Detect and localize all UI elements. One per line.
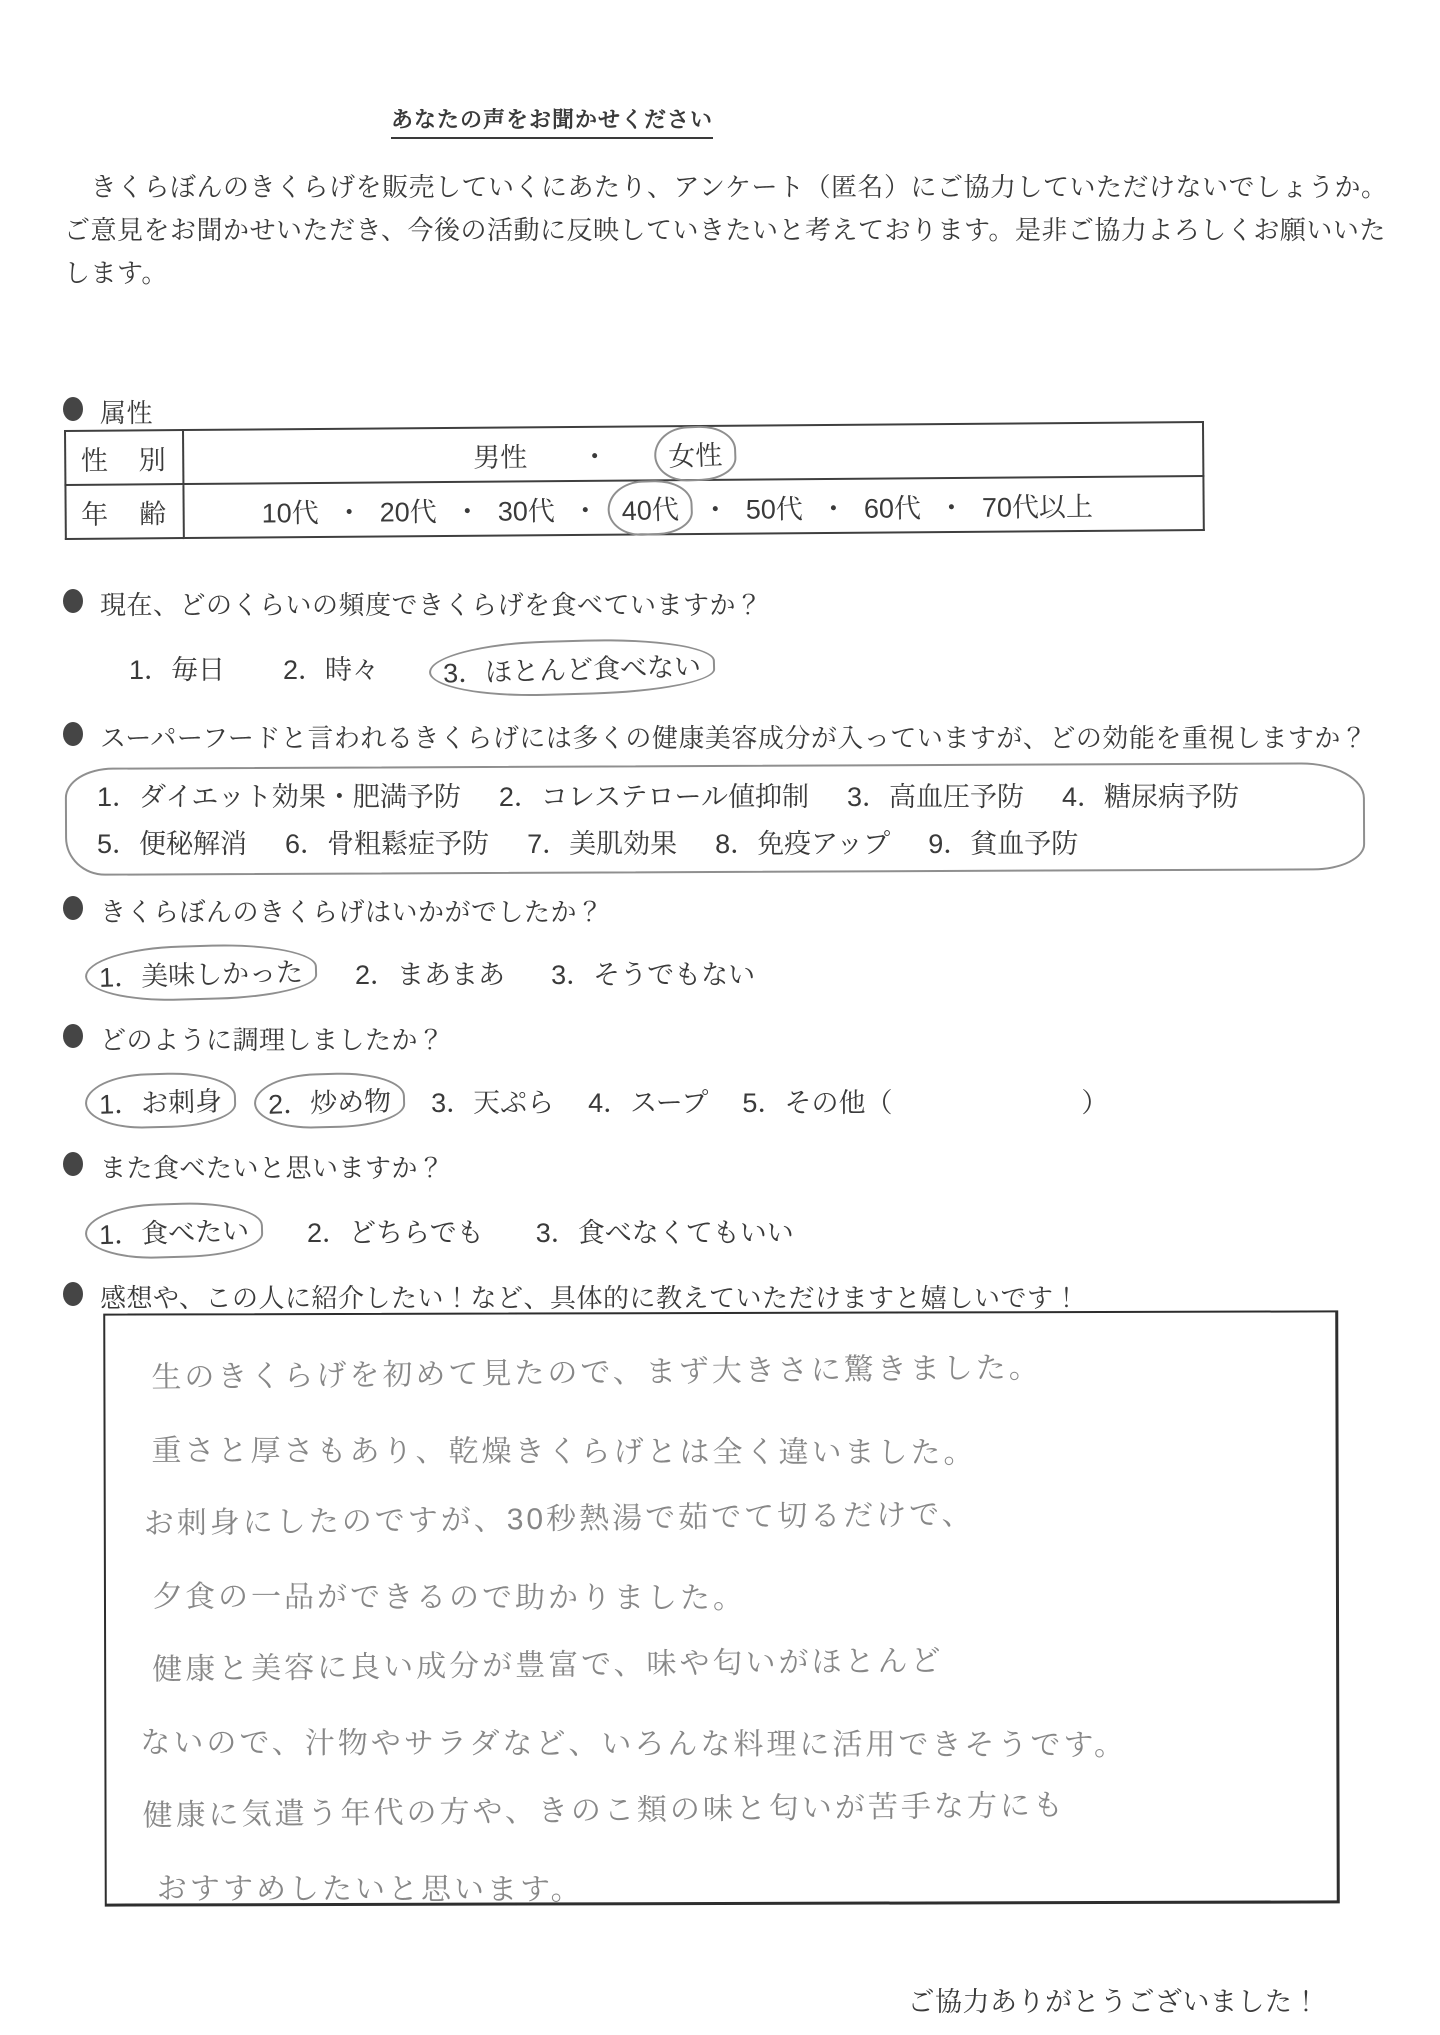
comment-prompt-text: 感想や、この人に紹介したい！など、具体的に教えていただけますと嬉しいです！ (100, 1278, 1080, 1315)
age-options: 10代 ・ 20代 ・ 30代 ・ 40代 ・ 50代 ・ 60代 ・ 70代以… (185, 484, 1201, 531)
separator-dot: ・ (702, 487, 729, 526)
health-options-row-1: 1．ダイエット効果・肥満予防 2．コレステロール値抑制 3．高血圧予防 4．糖尿… (69, 773, 1363, 820)
option-want-to-eat-circled: 1．食べたい (84, 1201, 263, 1261)
option-no-need: 3．食べなくてもいい (536, 1211, 794, 1250)
question-eat-again: また食べたいと思いますか？ 1．食べたい 2．どちらでも 3．食べなくてもいい (63, 1148, 794, 1250)
survey-page: あなたの声をお聞かせください きくらぼんのきくらげを販売していくにあたり、アンケ… (0, 0, 1440, 2035)
intro-line: きくらぼんのきくらげを販売していくにあたり、アンケート（匿名）にご協力していただ… (64, 166, 1404, 209)
bullet-icon (63, 722, 83, 746)
taste-options: 1．美味しかった 2．まあまあ 3．そうでもない (63, 953, 755, 992)
question-health-benefits-text: スーパーフードと言われるきくらげには多くの健康美容成分が入っていますが、どの効能… (100, 718, 1367, 755)
intro-line: します。 (64, 252, 1404, 295)
option-sashimi-circled: 1．お刺身 (84, 1071, 237, 1130)
question-frequency: 現在、どのくらいの頻度できくらげを食べていますか？ 1．毎日 2．時々 3．ほと… (63, 585, 763, 687)
option-diabetes: 4．糖尿病予防 (1062, 780, 1239, 814)
option-delicious-circled: 1．美味しかった (84, 942, 317, 1003)
intro-line: ご意見をお聞かせいただき、今後の活動に反映していきたいと考えております。是非ご協… (64, 209, 1404, 252)
separator-dot: ・ (820, 486, 847, 525)
option-other: 5．その他（ ） (742, 1081, 1108, 1120)
age-label: 年 齢 (65, 484, 183, 539)
age-option-50s: 50代 (746, 487, 803, 526)
option-tempura: 3．天ぷら (431, 1081, 554, 1120)
handwritten-line: 健康と美容に良い成分が豊富で、味や匂いがほとんど (152, 1620, 1337, 1706)
bullet-icon (63, 1152, 83, 1176)
option-cholesterol: 2．コレステロール値抑制 (499, 780, 809, 814)
question-taste-rating-text: きくらぼんのきくらげはいかがでしたか？ (100, 892, 604, 929)
gender-label: 性 別 (65, 430, 183, 485)
option-skin-beauty: 7．美肌効果 (527, 827, 677, 861)
option-anemia: 9．貧血予防 (928, 827, 1078, 861)
health-benefit-options: 1．ダイエット効果・肥満予防 2．コレステロール値抑制 3．高血圧予防 4．糖尿… (69, 773, 1363, 867)
option-constipation: 5．便秘解消 (97, 827, 247, 861)
attributes-heading-label: 属性 (100, 393, 153, 430)
separator-dot: ・ (336, 490, 363, 529)
question-health-benefits: スーパーフードと言われるきくらげには多くの健康美容成分が入っていますが、どの効能… (63, 718, 1367, 867)
option-immunity: 8．免疫アップ (715, 827, 890, 861)
frequency-options: 1．毎日 2．時々 3．ほとんど食べない (63, 648, 763, 687)
eat-again-options: 1．食べたい 2．どちらでも 3．食べなくてもいい (63, 1211, 794, 1250)
attributes-table: 性 別 男性 ・ 女性 年 齢 10代 ・ 20代 ・ (64, 421, 1205, 540)
option-rarely-circled: 3．ほとんど食べない (428, 636, 715, 699)
health-options-row-2: 5．便秘解消 6．骨粗鬆症予防 7．美肌効果 8．免疫アップ 9．貧血予防 (69, 820, 1363, 867)
handwritten-line: おすすめしたいと思います。 (157, 1852, 1337, 1928)
option-soso: 2．まあまあ (355, 953, 505, 992)
question-cooking-method-text: どのように調理しましたか？ (100, 1020, 445, 1057)
question-frequency-text: 現在、どのくらいの頻度できくらげを食べていますか？ (100, 585, 763, 622)
age-option-60s: 60代 (864, 486, 921, 525)
option-not-really: 3．そうでもない (551, 953, 755, 992)
age-option-20s: 20代 (380, 490, 437, 529)
age-row: 年 齢 10代 ・ 20代 ・ 30代 ・ 40代 ・ 50代 ・ 60代 (65, 476, 1203, 539)
age-option-70s-plus: 70代以上 (982, 484, 1093, 524)
gender-options: 男性 ・ 女性 (185, 430, 1201, 477)
option-stir-fry-circled: 2．炒め物 (253, 1071, 406, 1130)
bullet-icon (63, 1282, 83, 1306)
bullet-icon (63, 397, 83, 421)
separator-dot: ・ (572, 488, 599, 527)
age-option-40s-circled: 40代 (607, 478, 694, 536)
option-daily: 1．毎日 (129, 648, 225, 687)
handwritten-line: 生のきくらげを初めて見たので、まず大きさに驚きました。 (151, 1328, 1336, 1414)
separator-dot: ・ (938, 485, 965, 524)
comment-prompt-section: 感想や、この人に紹介したい！など、具体的に教えていただけますと嬉しいです！ (63, 1278, 1080, 1315)
handwritten-line: お刺身にしたのですが、30秒熱湯で茹でて切るだけで、 (143, 1474, 1336, 1561)
option-either-way: 2．どちらでも (307, 1211, 484, 1250)
bullet-icon (63, 1024, 83, 1048)
comment-box: 生のきくらげを初めて見たので、まず大きさに驚きました。 重さと厚さもあり、乾燥き… (103, 1310, 1340, 1906)
gender-row: 性 別 男性 ・ 女性 (65, 422, 1203, 485)
page-title-text: あなたの声をお聞かせください (391, 107, 713, 139)
page-title: あなたの声をお聞かせください (0, 103, 1104, 134)
bullet-icon (63, 896, 83, 920)
attributes-section-heading: 属性 (63, 393, 153, 430)
separator-dot: ・ (581, 434, 608, 473)
separator-dot: ・ (454, 489, 481, 528)
bullet-icon (63, 589, 83, 613)
thanks-message: ご協力ありがとうございました！ (908, 1980, 1321, 2019)
gender-option-female-circled: 女性 (653, 424, 737, 482)
question-eat-again-text: また食べたいと思いますか？ (100, 1148, 445, 1185)
age-option-10s: 10代 (261, 491, 318, 530)
option-soup: 4．スープ (588, 1081, 708, 1120)
intro-paragraph: きくらぼんのきくらげを販売していくにあたり、アンケート（匿名）にご協力していただ… (64, 166, 1404, 295)
option-diet: 1．ダイエット効果・肥満予防 (97, 780, 461, 814)
option-sometimes: 2．時々 (283, 648, 379, 687)
option-osteoporosis: 6．骨粗鬆症予防 (285, 827, 489, 861)
option-blood-pressure: 3．高血圧予防 (847, 780, 1024, 814)
gender-option-male: 男性 (473, 435, 527, 474)
question-cooking-method: どのように調理しましたか？ 1．お刺身 2．炒め物 3．天ぷら 4．スープ 5．… (63, 1020, 1108, 1120)
cooking-options: 1．お刺身 2．炒め物 3．天ぷら 4．スープ 5．その他（ ） (63, 1081, 1108, 1120)
question-taste-rating: きくらぼんのきくらげはいかがでしたか？ 1．美味しかった 2．まあまあ 3．そう… (63, 892, 755, 992)
age-option-30s: 30代 (498, 489, 555, 528)
handwritten-line: 健康に気遣う年代の方や、きのこ類の味と匂いが苦手な方にも (142, 1766, 1337, 1853)
handwritten-comment: 生のきくらげを初めて見たので、まず大きさに驚きました。 重さと厚さもあり、乾燥き… (105, 1312, 1337, 1925)
